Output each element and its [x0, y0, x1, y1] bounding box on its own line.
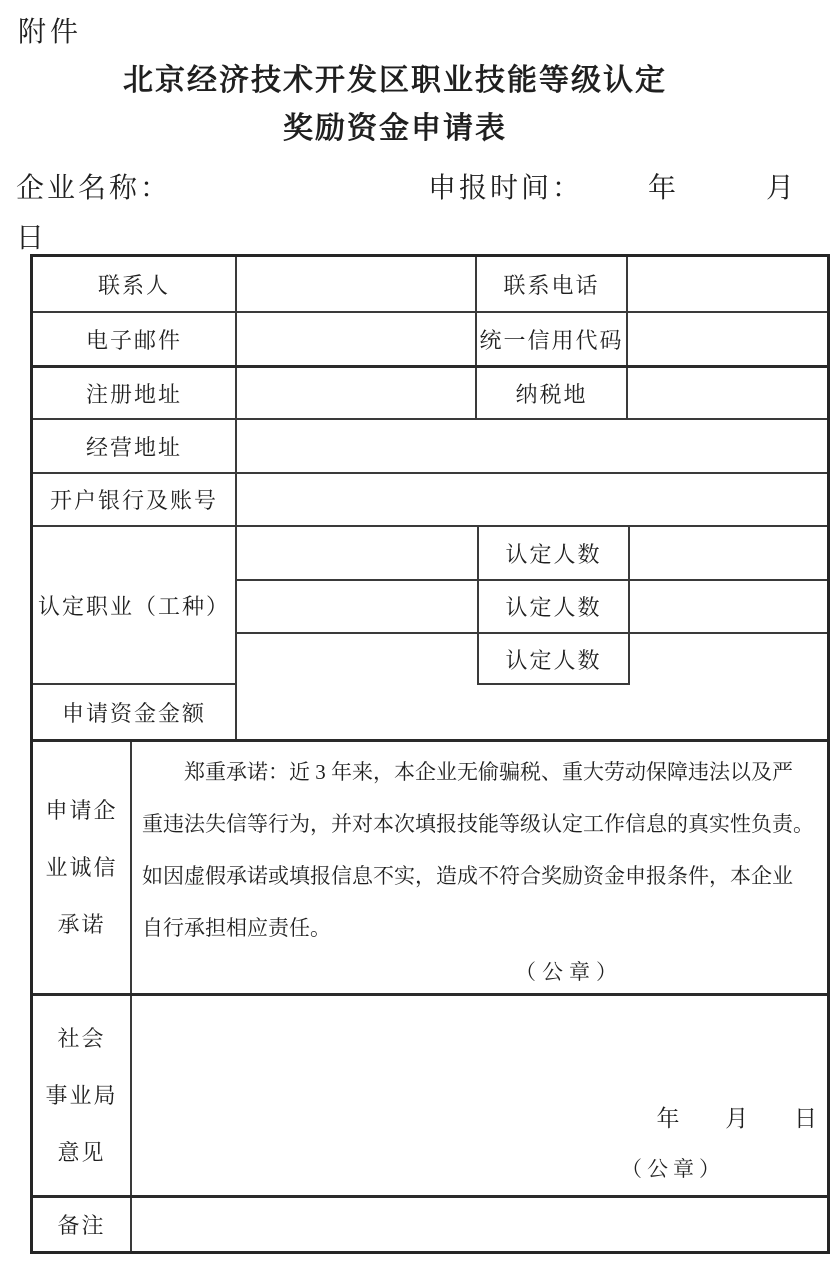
phone-value-cell — [626, 257, 827, 311]
table-row-note: 备注 — [33, 1195, 827, 1251]
registered-address-value-cell — [235, 368, 475, 418]
occupation-1-count-cell — [628, 527, 827, 579]
year-label: 年 — [648, 166, 676, 206]
bureau-year-label: 年 — [657, 1106, 680, 1131]
note-value-cell — [130, 1198, 827, 1251]
credit-code-label: 统一信用代码 — [475, 313, 626, 365]
bureau-date-line: 年 月 日 — [132, 1100, 817, 1133]
occupation-3-count-label: 认定人数 — [477, 634, 628, 685]
tax-place-label: 纳税地 — [475, 368, 626, 418]
occupation-row-2: 认定人数 — [237, 579, 827, 632]
occupation-3-job-cell — [237, 634, 477, 685]
tax-place-value-cell — [626, 368, 827, 418]
occupation-2-count-cell — [628, 581, 827, 632]
table-row-amount: 申请资金金额 — [33, 683, 827, 739]
bureau-month-label: 月 — [725, 1106, 748, 1131]
integrity-pledge-label: 申请企 业诚信 承诺 — [33, 742, 130, 993]
header-fields-row: 企业名称： 申报时间： 年 月 — [0, 166, 838, 210]
integrity-seal-label: （公章） — [142, 954, 823, 990]
registered-address-label: 注册地址 — [33, 368, 235, 418]
occupation-1-count-label: 认定人数 — [477, 527, 628, 579]
attachment-label: 附件 — [18, 10, 838, 44]
title-line-2: 奖励资金申请表 — [0, 108, 790, 150]
occupation-label: 认定职业（工种） — [33, 527, 235, 683]
day-label: 日 — [16, 216, 838, 254]
table-row-email: 电子邮件 统一信用代码 — [33, 311, 827, 365]
occupation-subrows: 认定人数 认定人数 认定人数 — [235, 527, 827, 683]
contact-value-cell — [235, 257, 475, 311]
business-address-value-cell — [235, 420, 827, 472]
bureau-seal-label: （公章） — [132, 1153, 817, 1183]
email-label: 电子邮件 — [33, 313, 235, 365]
occupation-2-job-cell — [237, 581, 477, 632]
company-name-label: 企业名称： — [16, 166, 171, 206]
document-page: 附件 北京经济技术开发区职业技能等级认定 奖励资金申请表 企业名称： 申报时间：… — [0, 0, 838, 1268]
integrity-pledge-body: 郑重承诺：近 3 年来，本企业无偷骗税、重大劳动保障违法以及严 重违法失信等行为… — [130, 742, 827, 993]
table-row-bureau-opinion: 社会 事业局 意见 年 月 日 （公章） — [33, 993, 827, 1195]
amount-value-cell — [235, 685, 827, 739]
occupation-row-1: 认定人数 — [237, 527, 827, 579]
title-line-1: 北京经济技术开发区职业技能等级认定 — [0, 60, 790, 102]
table-row-occupation: 认定职业（工种） 认定人数 认定人数 认定人数 — [33, 525, 827, 683]
table-row-bank-account: 开户银行及账号 — [33, 472, 827, 525]
bank-account-label: 开户银行及账号 — [33, 474, 235, 525]
table-row-contact: 联系人 联系电话 — [33, 257, 827, 311]
bureau-opinion-label: 社会 事业局 意见 — [33, 996, 130, 1195]
table-row-integrity-pledge: 申请企 业诚信 承诺 郑重承诺：近 3 年来，本企业无偷骗税、重大劳动保障违法以… — [33, 739, 827, 993]
occupation-row-3: 认定人数 — [237, 632, 827, 685]
contact-label: 联系人 — [33, 257, 235, 311]
business-address-label: 经营地址 — [33, 420, 235, 472]
application-table: 联系人 联系电话 电子邮件 统一信用代码 注册地址 纳税地 经营地址 开户银行及… — [30, 254, 830, 1254]
table-row-business-address: 经营地址 — [33, 418, 827, 472]
amount-label: 申请资金金额 — [33, 685, 235, 739]
bureau-opinion-body: 年 月 日 （公章） — [130, 996, 827, 1195]
occupation-2-count-label: 认定人数 — [477, 581, 628, 632]
bank-account-value-cell — [235, 474, 827, 525]
note-label: 备注 — [33, 1198, 130, 1251]
integrity-pledge-text: 郑重承诺：近 3 年来，本企业无偷骗税、重大劳动保障违法以及严 重违法失信等行为… — [142, 746, 823, 954]
apply-time-label: 申报时间： — [428, 166, 583, 206]
occupation-1-job-cell — [237, 527, 477, 579]
phone-label: 联系电话 — [475, 257, 626, 311]
email-value-cell — [235, 313, 475, 365]
credit-code-value-cell — [626, 313, 827, 365]
bureau-day-label: 日 — [794, 1106, 817, 1131]
document-title: 北京经济技术开发区职业技能等级认定 奖励资金申请表 — [0, 60, 838, 150]
table-row-registered-address: 注册地址 纳税地 — [33, 365, 827, 418]
month-label: 月 — [766, 166, 794, 206]
occupation-3-count-cell — [628, 634, 827, 685]
